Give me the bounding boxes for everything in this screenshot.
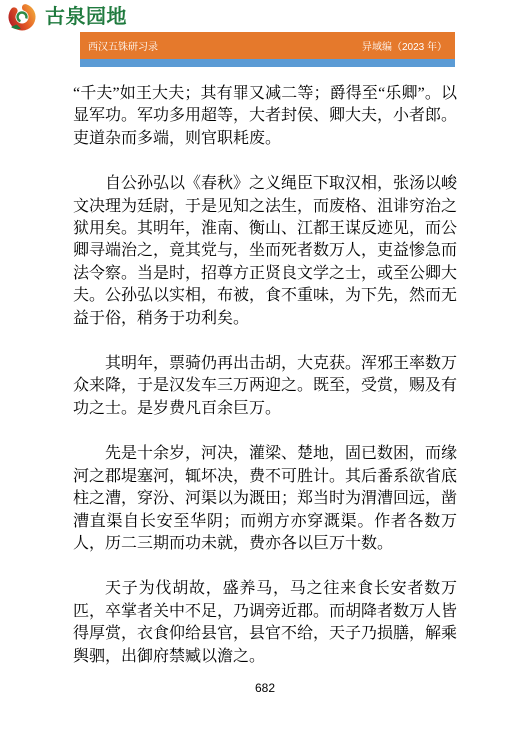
site-logo: 古泉园地 [4, 2, 127, 32]
paragraph-5: 天子为伐胡故，盛养马，马之往来食长安者数万匹，卒掌者关中不足，乃调旁近郡。而胡降… [73, 578, 457, 668]
document-body: “千夫”如王大夫；其有罪又减二等；爵得至“乐卿”。以显军功。军功多用超等，大者封… [73, 83, 457, 691]
logo-text: 古泉园地 [45, 3, 127, 31]
document-page: 古泉园地 西汉五铢研习录 异域编（2023 年） “千夫”如王大夫；其有罪又减二… [0, 0, 529, 749]
coin-swirl-icon [4, 2, 42, 32]
paragraph-1: “千夫”如王大夫；其有罪又减二等；爵得至“乐卿”。以显军功。军功多用超等，大者封… [73, 83, 457, 150]
header-bar: 西汉五铢研习录 异域编（2023 年） [80, 32, 455, 59]
header-right-title: 异域编（2023 年） [362, 38, 447, 53]
header-underline-bar [80, 59, 455, 67]
header-left-title: 西汉五铢研习录 [88, 38, 158, 53]
paragraph-3: 其明年，票骑仍再出击胡，大克获。浑邪王率数万众来降，于是汉发车三万两迎之。既至，… [73, 353, 457, 420]
paragraph-4: 先是十余岁，河决，灌梁、楚地，固已数困，而缘河之郡堤塞河，辄坏决，费不可胜计。其… [73, 443, 457, 555]
page-number: 682 [73, 681, 457, 695]
paragraph-2: 自公孙弘以《春秋》之义绳臣下取汉相，张汤以峻文决理为廷尉，于是见知之法生，而废格… [73, 173, 457, 330]
